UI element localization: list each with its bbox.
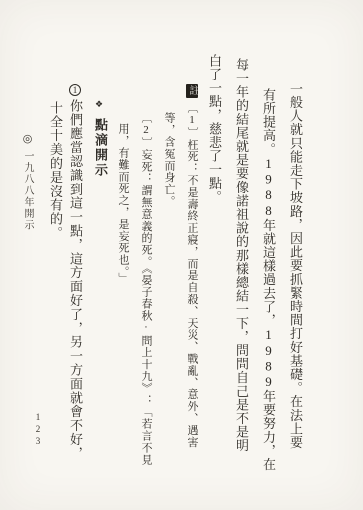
diamond-ornament-icon: ❖ — [95, 100, 104, 112]
note-marker-badge: 註 — [186, 84, 198, 98]
section-header: ❖點滴開示 — [94, 100, 107, 178]
footnote-column-1: 註〔1〕枉死：不是壽終正寢，而是自殺、天災、戰亂、意外、遇害 — [186, 84, 198, 448]
body-text-column-4: 白了一點，慈悲了一點。 — [208, 54, 221, 204]
teaching-item-text-1: 你們應當認識到這一點，這方面好了，另一方面就會不好， — [68, 99, 83, 460]
body-text-column-3: 每一年的結尾就是要像諾祖說的那樣總結一下，問問自己是不是明 — [235, 58, 248, 452]
body-text-column-2: 有所提高。1988年就這樣過去了，1989年要努力，在 — [262, 88, 275, 471]
source-note-text: 一九八八年開示 — [22, 151, 33, 232]
footnote-column-2: 等，含冤而身亡。 — [163, 112, 174, 207]
teaching-item-column-2: 十全十美的是沒有的。 — [49, 101, 62, 240]
footnote-column-4: 用，有難而死之，是妄死也。」 — [117, 123, 128, 284]
footnote-column-3: 〔2〕妄死：謂無意義的死。《晏子春秋·問上十九》：「若言不見 — [140, 112, 151, 466]
footnote-text-1: 〔1〕枉死：不是壽終正寢，而是自殺、天災、戰亂、意外、遇害 — [186, 102, 198, 448]
page-number: 123 — [33, 412, 42, 448]
source-note: ◎一九八八年開示 — [21, 132, 32, 231]
body-text-column-1: 一般人就只能走下坡路，因此要抓緊時間打好基礎。在法上要 — [289, 82, 302, 449]
section-title: 點滴開示 — [93, 118, 108, 178]
teaching-item-column-1: 1你們應當認識到這一點，這方面好了，另一方面就會不好， — [69, 84, 82, 460]
book-page: 一般人就只能走下坡路，因此要抓緊時間打好基礎。在法上要 有所提高。1988年就這… — [0, 0, 363, 510]
circle-ornament-icon: ◎ — [21, 132, 32, 147]
circled-number-icon: 1 — [69, 84, 81, 96]
